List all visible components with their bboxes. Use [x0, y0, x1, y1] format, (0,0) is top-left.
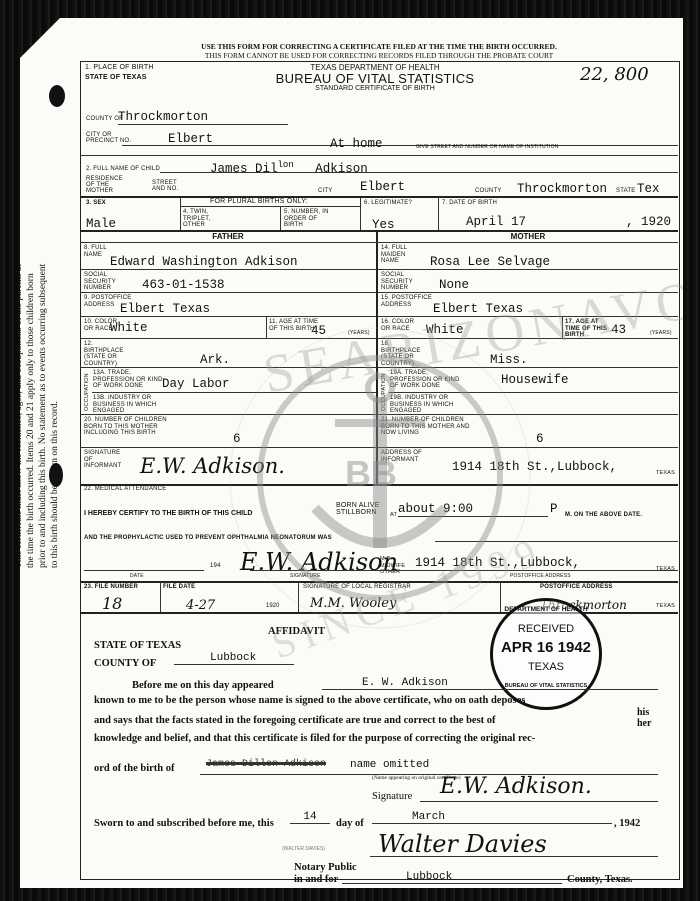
sex-label: 3. SEX [86, 200, 106, 207]
birth-location-value: At home [330, 137, 383, 151]
rule [180, 198, 181, 230]
rule [84, 570, 204, 571]
rule [80, 414, 376, 415]
children-living-value: 6 [536, 432, 544, 446]
twin-label: 4. TWIN, TRIPLET, OTHER [183, 209, 223, 229]
child-name-insert: lon [278, 160, 294, 170]
mother-name-label: 14. FULL MAIDEN NAME [381, 245, 409, 265]
rule [298, 582, 299, 612]
father-ssn-value: 463-01-1538 [142, 278, 225, 292]
informant-address-label: ADDRESS OF INFORMANT [381, 450, 431, 463]
rule [389, 392, 678, 393]
rule [80, 196, 678, 198]
appeared-name-value: E. W. Adkison [322, 677, 658, 690]
margin-line-3: prior to and including this birth. No st… [38, 264, 48, 568]
county-texas-label: County, Texas. [567, 874, 633, 885]
sworn-month-value: March [372, 811, 612, 824]
res-county-label: COUNTY [475, 188, 502, 195]
father-occupation-side-label: Occupation [84, 370, 91, 414]
rule [378, 447, 678, 448]
mother-ssn-value: None [439, 278, 469, 292]
rule [80, 155, 678, 156]
res-city-value: Elbert [360, 180, 405, 194]
rule [80, 316, 376, 317]
stamp-date: APR 16 1942 [493, 639, 599, 656]
rule [435, 541, 678, 542]
rule [80, 484, 678, 486]
margin-line-2: the time the birth occurred. Items 20 an… [26, 273, 36, 568]
plural-births-label: FOR PLURAL BIRTHS ONLY: [210, 199, 308, 206]
sworn-year-value: , 1942 [614, 818, 640, 829]
medical-attendance-label: 22. MEDICAL ATTENDANCE [84, 486, 166, 493]
rule [266, 316, 267, 338]
res-city-label: CITY [318, 188, 332, 195]
stillborn-option: STILLBORN [336, 510, 377, 517]
residence-label-3: MOTHER [86, 188, 113, 195]
rule [160, 172, 678, 173]
rule [80, 292, 376, 293]
notary-county-value: Lubbock [342, 871, 562, 884]
ink-blot [49, 85, 65, 107]
father-ssn-label: SOCIAL SECURITY NUMBER [84, 272, 124, 292]
year-prefix-label: 194 [210, 563, 221, 570]
pronoun-his: his [637, 707, 649, 718]
mother-industry-label: 19B. INDUSTRY OR BUSINESS IN WHICH ENGAG… [390, 395, 466, 415]
children-born-value: 6 [233, 432, 241, 446]
day-of-text: day of [336, 818, 364, 829]
margin-instructions: This certificate must show the residence… [12, 108, 72, 578]
rule [80, 447, 376, 448]
rule [80, 242, 678, 243]
street-label-2: AND NO. [152, 186, 178, 193]
sex-value: Male [86, 217, 116, 231]
bureau-title: BUREAU OF VITAL STATISTICS [240, 71, 510, 86]
father-address-value: Elbert Texas [120, 302, 210, 316]
texas-label: TEXAS [656, 603, 675, 610]
prophylactic-label: AND THE PROPHYLACTIC USED TO PREVENT OPH… [84, 535, 332, 542]
stamp-state: TEXAS [493, 661, 599, 673]
children-born-label: 20. NUMBER OF CHILDREN BORN TO THIS MOTH… [84, 417, 178, 437]
sworn-text: Sworn to and subscribed before me, this [94, 818, 274, 829]
notary-name-stamp: (WALTER DAVIES) [282, 846, 325, 852]
child-name-label: 2. FULL NAME OF CHILD [86, 166, 160, 173]
mother-heading: MOTHER [378, 232, 678, 241]
child-last-name: Adkison [315, 162, 368, 176]
informant-signature-label: SIGNATURE OF INFORMANT [84, 450, 124, 470]
legitimate-label: 6. LEGITIMATE? [364, 200, 412, 207]
original-name-value: name omitted [350, 759, 429, 771]
mother-name-value: Rosa Lee Selvage [430, 255, 550, 269]
rule [160, 582, 161, 612]
date-of-birth-value: April 17 [466, 215, 526, 229]
father-birthplace-value: Ark. [200, 353, 230, 367]
in-and-for-label: in and for [294, 874, 338, 885]
signature-label: SIGNATURE [290, 573, 321, 580]
file-number-label: 23. FILE NUMBER [84, 584, 138, 591]
struck-original-name: James Dillon Adkison [206, 759, 326, 770]
at-label: AT [390, 512, 397, 519]
city-value: Elbert [168, 132, 213, 146]
sworn-day-value: 14 [290, 811, 330, 824]
father-trade-value: Day Labor [162, 377, 230, 391]
file-date-label: FILE DATE [163, 584, 195, 591]
am-pm-value: P [550, 502, 558, 516]
affidavit-body-3: knowledge and belief, and that this cert… [94, 733, 535, 744]
certificate-number: 22, 800 [580, 64, 649, 85]
father-industry-label: 13B. INDUSTRY OR BUSINESS IN WHICH ENGAG… [93, 395, 169, 415]
rule [360, 198, 361, 230]
form-title: STANDARD CERTIFICATE OF BIRTH [250, 85, 500, 92]
date-label: DATE [130, 573, 144, 580]
registrar-address-label: POSTOFFICE ADDRESS [540, 584, 613, 591]
file-number-value: 18 [102, 594, 122, 613]
father-name-value: Edward Washington Adkison [110, 255, 298, 269]
on-above-date-text: M. ON THE ABOVE DATE. [565, 512, 642, 519]
father-birthplace-label: 12. BIRTHPLACE (STATE OR COUNTRY) [84, 341, 132, 367]
birth-time-value: about 9:00 [398, 502, 548, 517]
father-heading: FATHER [80, 232, 376, 241]
notary-signature: Walter Davies [378, 830, 547, 858]
file-year-value: 1920 [266, 603, 279, 609]
father-race-value: White [110, 321, 148, 335]
ink-blot [49, 463, 63, 487]
res-county-value: Throckmorton [517, 182, 607, 196]
stamp-received-text: RECEIVED [493, 623, 599, 635]
form-notice-1: USE THIS FORM FOR CORRECTING A CERTIFICA… [80, 42, 678, 51]
place-of-birth-label: 1. PLACE OF BIRTH [85, 65, 154, 72]
father-name-label: 8. FULL NAME [84, 245, 112, 258]
pronoun-her: her [637, 718, 651, 729]
file-date-value: 4-27 [186, 598, 215, 613]
affidavit-body-1: known to me to be the person whose name … [94, 695, 525, 706]
state-label: STATE OF TEXAS [85, 75, 147, 82]
record-of-text: ord of the birth of [94, 763, 175, 774]
attendant-type-options: M.D. MIDWIFE OTHER [380, 556, 408, 576]
father-trade-label: 13A. TRADE, PROFESSION OR KIND OF WORK D… [93, 370, 163, 390]
received-stamp: DEPARTMENT OF HEALTH RECEIVED APR 16 194… [490, 598, 602, 710]
mother-ssn-label: SOCIAL SECURITY NUMBER [381, 272, 421, 292]
res-state-value: Tex [637, 182, 660, 196]
affidavit-county-label: COUNTY OF [94, 658, 156, 669]
informant-address-value: 1914 18th St.,Lubbock, [452, 460, 617, 474]
rule [378, 414, 678, 415]
date-of-birth-label: 7. DATE OF BIRTH [442, 200, 497, 207]
child-first-middle: James Dil [210, 162, 278, 176]
child-name-value: James Dillon Adkison [210, 160, 368, 176]
affidavit-state: STATE OF TEXAS [94, 640, 181, 651]
form-notice-2: THIS FORM CANNOT BE USED FOR CORRECTING … [80, 51, 678, 60]
appeared-text: Before me on this day appeared [132, 680, 274, 691]
rule [122, 145, 678, 146]
rule [180, 206, 360, 207]
street-hint-label: GIVE STREET AND NUMBER OR NAME OF INSTIT… [416, 144, 559, 151]
informant-state-label: TEXAS [656, 470, 675, 477]
certify-text: I HEREBY CERTIFY TO THE BIRTH OF THIS CH… [84, 510, 252, 517]
rule [370, 856, 658, 857]
precinct-label: PRECINCT NO. [86, 138, 131, 145]
affidavit-body-2: and says that the facts stated in the fo… [94, 715, 496, 726]
birth-year-value: , 1920 [626, 215, 671, 229]
affiant-signature-label: Signature [372, 791, 412, 802]
affiant-signature: E.W. Adkison. [440, 774, 592, 799]
birth-certificate-page: This certificate must show the residence… [20, 18, 683, 888]
mother-trade-value: Housewife [501, 373, 569, 387]
children-living-label: 21. NUMBER OF CHILDREN BORN TO THIS MOTH… [381, 417, 475, 437]
stamp-top-text: DEPARTMENT OF HEALTH [493, 606, 599, 613]
rule [280, 206, 281, 230]
rule [378, 269, 678, 270]
rule [438, 198, 439, 230]
rule [80, 269, 376, 270]
res-state-label: STATE [616, 188, 635, 195]
informant-signature: E.W. Adkison. [140, 454, 285, 478]
birth-order-label: 5. NUMBER, IN ORDER OF BIRTH [284, 209, 334, 229]
attendant-signature: E.W. Adkison [240, 548, 398, 576]
county-value: Throckmorton [118, 110, 288, 125]
